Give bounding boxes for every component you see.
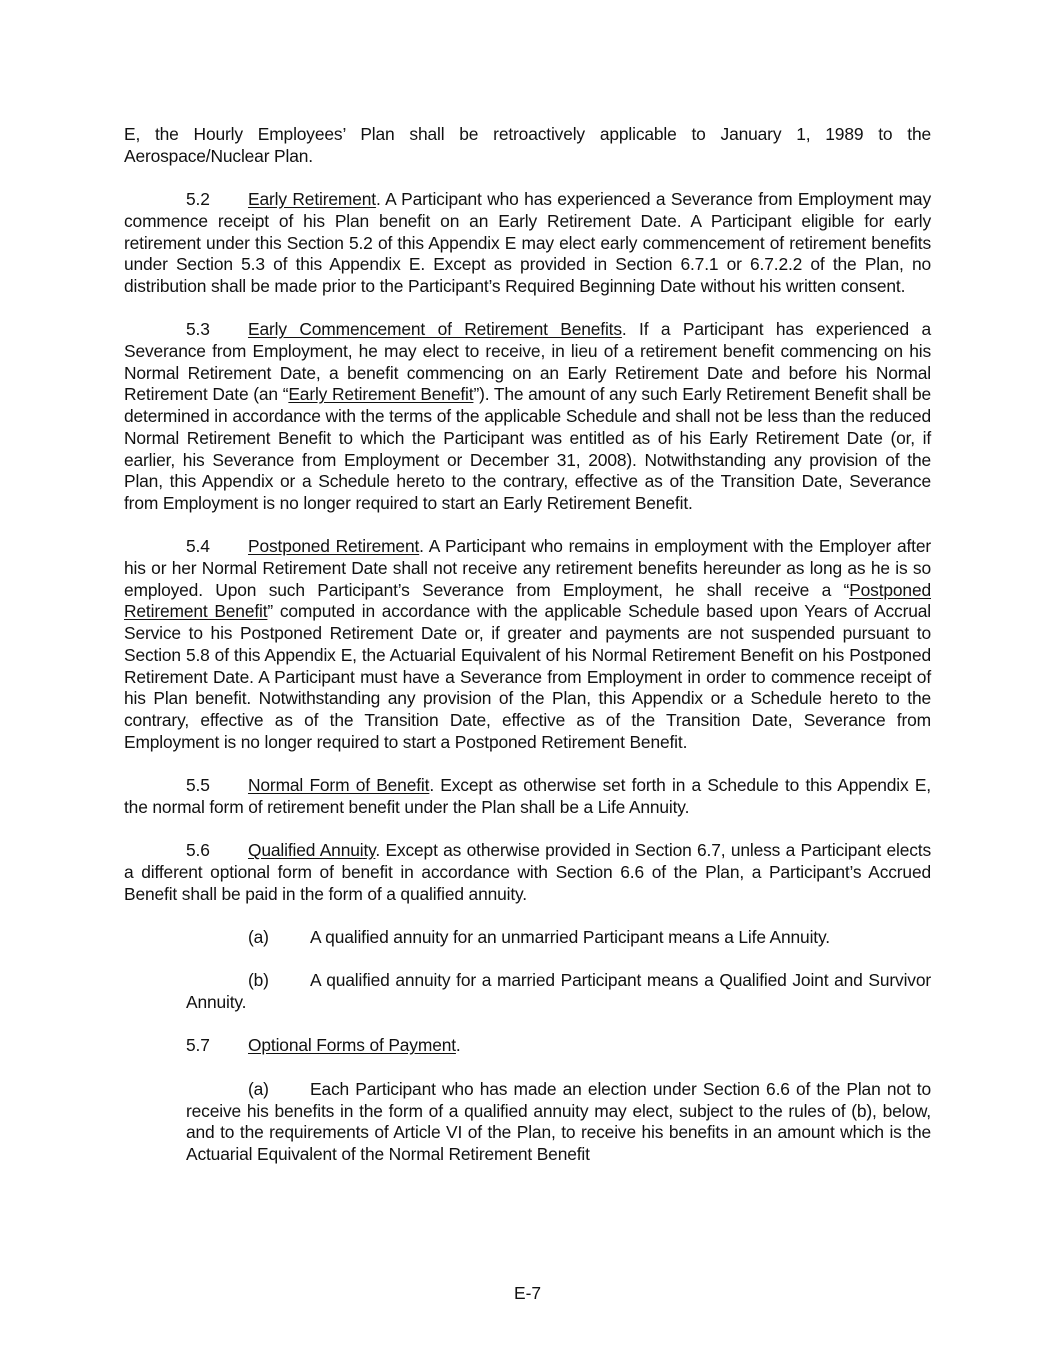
section-title: Optional Forms of Payment <box>248 1035 456 1055</box>
section-5-6-item-b: (b)A qualified annuity for a married Par… <box>186 970 931 1013</box>
section-5-5: 5.5Normal Form of Benefit. Except as oth… <box>124 775 931 818</box>
document-page: E, the Hourly Employees’ Plan shall be r… <box>124 124 931 1187</box>
item-text: A qualified annuity for an unmarried Par… <box>310 927 830 947</box>
section-5-7: 5.7Optional Forms of Payment. <box>186 1035 931 1057</box>
section-number: 5.3 <box>186 319 248 341</box>
section-number: 5.7 <box>186 1035 248 1057</box>
section-5-6-item-a: (a)A qualified annuity for an unmarried … <box>186 927 931 949</box>
continuation-paragraph: E, the Hourly Employees’ Plan shall be r… <box>124 124 931 167</box>
section-number: 5.5 <box>186 775 248 797</box>
section-5-4: 5.4Postponed Retirement. A Participant w… <box>124 536 931 753</box>
section-title: Qualified Annuity <box>248 840 375 860</box>
section-title: Postponed Retirement <box>248 536 419 556</box>
section-title: Normal Form of Benefit <box>248 775 429 795</box>
section-5-2: 5.2Early Retirement. A Participant who h… <box>124 189 931 298</box>
section-number: 5.6 <box>186 840 248 862</box>
section-5-3: 5.3Early Commencement of Retirement Bene… <box>124 319 931 514</box>
section-5-6: 5.6Qualified Annuity. Except as otherwis… <box>124 840 931 905</box>
section-title: Early Retirement <box>248 189 376 209</box>
section-5-7-item-a: (a)Each Participant who has made an elec… <box>186 1079 931 1166</box>
defined-term: Early Retirement Benefit <box>288 384 473 404</box>
section-number: 5.2 <box>186 189 248 211</box>
page-number: E-7 <box>0 1283 1055 1304</box>
item-label: (a) <box>248 927 310 949</box>
item-label: (b) <box>248 970 310 992</box>
section-title: Early Commencement of Retirement Benefit… <box>248 319 622 339</box>
item-label: (a) <box>248 1079 310 1101</box>
section-title-suffix: . <box>456 1035 461 1055</box>
section-number: 5.4 <box>186 536 248 558</box>
section-body-continued: ” computed in accordance with the applic… <box>124 601 931 751</box>
